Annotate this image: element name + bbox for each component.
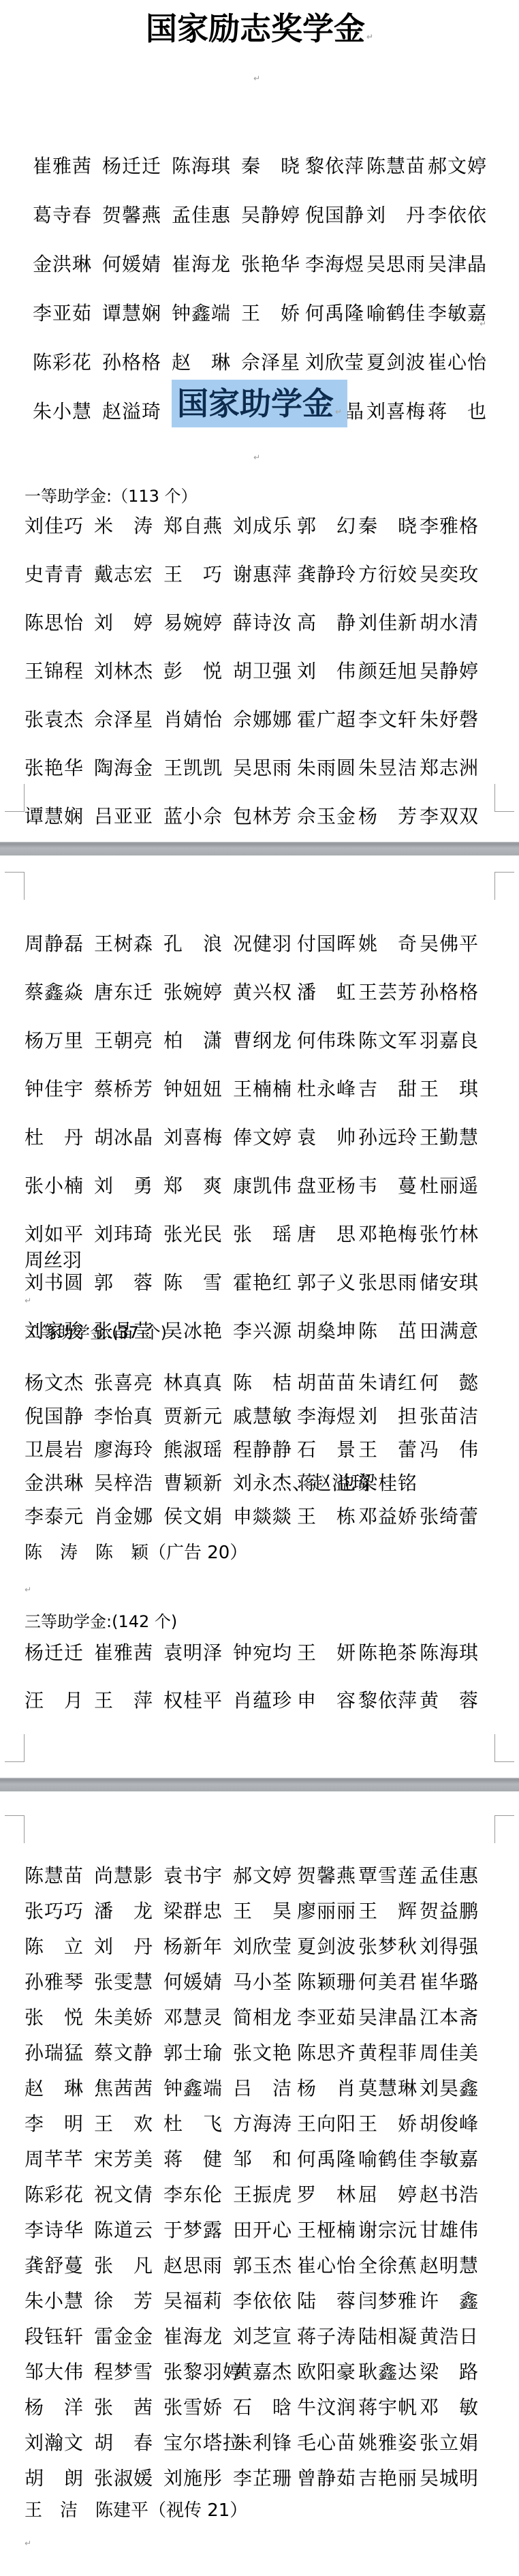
name-cell: 王朝亮 (94, 1027, 153, 1055)
name-cell: 林真真 (163, 1369, 223, 1397)
name-cell: 马小荃 (233, 1969, 292, 1996)
heading-text: 二等助学金:(37 个) (25, 1323, 167, 1342)
name-cell: 喻鹤佳 (358, 2146, 418, 2173)
name-cell: 葛寺春 (33, 202, 92, 229)
name-row: 朱小慧徐 芳吴福莉李依依陆 蓉闫梦雅许 鑫 (25, 2288, 501, 2315)
name-cell: 陈慧苗 (25, 1862, 84, 1890)
name-cell: 莫慧琳 (358, 2075, 418, 2102)
name-cell: 霍艳红 (233, 1269, 292, 1297)
name-cell: 刘欣莹 (305, 349, 364, 376)
name-cell: 贺馨燕 (102, 202, 161, 229)
name-cell: 郑 爽 (163, 1172, 223, 1200)
name-cell: 吉艳丽 (358, 2465, 418, 2492)
name-cell: 卫晨岩 (25, 1436, 84, 1464)
name-row: 李泰元肖金娜侯文娟申燚燚王 栋邓益娇张绮蕾 (25, 1503, 501, 1530)
name-cell: 刘 伟 (297, 658, 356, 685)
name-cell: 蒋子涛 (297, 2323, 356, 2350)
name-cell: 吴福莉 (163, 2288, 223, 2315)
name-cell: 耿鑫达 (358, 2359, 418, 2386)
name-cell: 蔡文静 (94, 2040, 153, 2067)
name-cell: 郑自燕 (163, 513, 223, 540)
name-cell: 张婉婷 (163, 979, 223, 1006)
name-cell: 何媛婧 (102, 251, 161, 278)
name-cell: 覃雪莲 (358, 1862, 418, 1890)
name-cell: 刘玮琦 (94, 1221, 153, 1248)
name-cell: 程静静 (233, 1436, 292, 1464)
name-row: 陈思怡刘 婷易婉婷薛诗汝高 静刘佳新胡水清 (25, 609, 501, 637)
name-cell: 曹纲龙 (233, 1027, 292, 1055)
name-cell: 秦 晓 (241, 153, 300, 180)
name-row: 杨 洋张 茜张雪娇石 晗牛汶润蒋宇帆邓 敏 (25, 2394, 501, 2421)
name-cell: 颜廷旭 (358, 658, 418, 685)
name-cell: 储安琪 (420, 1269, 479, 1297)
name-cell: 李文轩 (358, 706, 418, 733)
name-row: 陈彩花孙格格赵 琳佘泽星刘欣莹夏剑波崔心怡 (33, 349, 509, 376)
name-cell: 黄程菲 (358, 2040, 418, 2067)
name-cell: 何媛婧 (163, 1969, 223, 1996)
page-break (0, 843, 519, 855)
name-cell: 姚雅姿 (358, 2429, 418, 2457)
name-cell: 吉 甜 (358, 1076, 418, 1103)
name-cell: 赵 琳 (25, 2075, 84, 2102)
name-cell: 张绮蕾 (420, 1503, 479, 1530)
name-cell: 佘泽星 (94, 706, 153, 733)
name-row: 倪国静李怡真贾新元戚慧敏李海煜刘 担张苗洁 (25, 1403, 501, 1430)
name-cell: 崔心怡 (297, 2252, 356, 2279)
name-cell: 何伟珠 (297, 1027, 356, 1055)
name-cell: 李诗华 (25, 2217, 84, 2244)
heading-text: 三等助学金:(142 个) (25, 1612, 177, 1631)
section-title-encouragement: 国家励志奖学金↵ (0, 4, 519, 49)
name-row: 刘书圆郭 蓉陈 雪霍艳红郭子义张思雨储安琪 (25, 1269, 501, 1297)
name-cell: 廖丽丽 (297, 1898, 356, 1925)
name-row: 杨文杰张喜亮林真真陈 桔胡苗苗朱请红何 懿 (25, 1369, 501, 1397)
name-cell: 王凯凯 (163, 755, 223, 782)
name-cell: 贺益鹏 (420, 1898, 479, 1925)
name-cell: 李亚茹 (297, 2004, 356, 2031)
name-cell: 王 萍 (94, 1687, 153, 1714)
name-cell: 崔雅茜 (94, 1639, 153, 1667)
name-cell: 杨文杰 (25, 1369, 84, 1397)
name-cell: 邹 和 (233, 2146, 292, 2173)
name-cell: 毛心苗 (297, 2429, 356, 2457)
name-cell: 侯文娟 (163, 1503, 223, 1530)
name-cell: 刘 丹 (94, 1933, 153, 1960)
name-cell: 盘亚杨 (297, 1172, 356, 1200)
name-cell: 谭慧娴 (25, 803, 84, 830)
name-cell: 王 蕾 (358, 1436, 418, 1464)
name-cell: 尚慧影 (94, 1862, 153, 1890)
name-cell: 黎依萍 (305, 153, 364, 180)
name-row: 龚舒蔓张 凡赵思雨郭玉杰崔心怡全徐蕉赵明慧 (25, 2252, 501, 2279)
name-cell: 王 妍 (297, 1639, 356, 1667)
name-cell: 王芸芳 (358, 979, 418, 1006)
name-cell: 吴静婷 (420, 658, 479, 685)
name-cell: 吴佛平 (420, 930, 479, 958)
name-cell: 钟宛均 (233, 1639, 292, 1667)
name-cell: 朱美娇 (94, 2004, 153, 2031)
name-cell: 张小楠 (25, 1172, 84, 1200)
name-cell: 梁桂铭 (358, 1470, 418, 1497)
name-cell: 龚舒蔓 (25, 2252, 84, 2279)
name-cell: 戚慧敏 (233, 1403, 292, 1430)
name-text: 王 洁 陈建平（视传 21） (25, 2500, 247, 2521)
name-cell: 王 欢 (94, 2110, 153, 2138)
name-row: 谭慧娴吕亚亚蓝小佘包林芳佘玉金杨 芳李双双 (25, 803, 501, 830)
second-class-last-line: 陈 涛 陈 颖（广告 20） (25, 1539, 247, 1564)
name-cell: 贾新元 (163, 1403, 223, 1430)
name-cell: 王树森 (94, 930, 153, 958)
name-cell: 朱请红 (358, 1369, 418, 1397)
name-cell: 陈 茁 (358, 1318, 418, 1345)
name-cell: 焦茜茜 (94, 2075, 153, 2102)
name-cell: 邓益娇 (358, 1503, 418, 1530)
name-cell: 王锦程 (25, 658, 84, 685)
name-cell: 李依依 (233, 2288, 292, 2315)
paragraph-mark: ↵ (366, 32, 373, 42)
name-cell: 柏 潇 (163, 1027, 223, 1055)
name-cell: 刘佳巧 (25, 513, 84, 540)
section-title-grant: 国家助学金↵ (0, 379, 519, 424)
name-cell: 郝文婷 (233, 1862, 292, 1890)
page-3: 陈慧苗尚慧影袁书宇郝文婷贺馨燕覃雪莲孟佳惠张巧巧潘 龙梁群忠王 昊廖丽丽王 辉贺… (0, 1791, 519, 2576)
name-cell: 黎依萍 (358, 1687, 418, 1714)
name-cell: 唐 思 (297, 1221, 356, 1248)
name-cell: 杨 肖 (297, 2075, 356, 2102)
name-cell: 王 栋 (297, 1503, 356, 1530)
name-cell: 杨 洋 (25, 2394, 84, 2421)
name-cell: 崔海龙 (172, 251, 231, 278)
name-cell: 李泰元 (25, 1503, 84, 1530)
name-row: 李亚茹谭慧娴钟鑫端王 娇何禹隆喻鹤佳李敏嘉 (33, 300, 509, 327)
name-row: 张袁杰佘泽星肖婧怡佘娜娜霍广超李文轩朱妤磬 (25, 706, 501, 733)
name-text: 周丝羽 (25, 1249, 82, 1271)
name-cell: 孙远玲 (358, 1124, 418, 1151)
name-cell: 张梦秋 (358, 1933, 418, 1960)
name-cell: 李东伦 (163, 2181, 223, 2209)
name-cell: 王 辉 (358, 1898, 418, 1925)
name-cell: 胡水清 (420, 609, 479, 637)
name-cell: 钟鑫端 (163, 2075, 223, 2102)
name-cell: 陈彩花 (33, 349, 92, 376)
name-cell: 谭慧娴 (102, 300, 161, 327)
name-cell: 田开心 (233, 2217, 292, 2244)
name-cell: 李敏嘉 (428, 300, 487, 327)
name-cell: 石 景 (297, 1436, 356, 1464)
name-cell: 谢宗沅 (358, 2217, 418, 2244)
name-cell: 佘泽星 (241, 349, 300, 376)
name-cell: 胡冰晶 (94, 1124, 153, 1151)
name-cell: 李怡真 (94, 1403, 153, 1430)
name-cell: 程梦雪 (94, 2359, 153, 2386)
name-cell: 陈海琪 (172, 153, 231, 180)
name-cell: 何禹隆 (297, 2146, 356, 2173)
name-text: 陈 涛 陈 颖（广告 20） (25, 1543, 247, 1563)
name-cell: 朱昱洁 (358, 755, 418, 782)
paragraph-mark: ↵ (253, 453, 260, 462)
name-cell: 倪国静 (305, 202, 364, 229)
name-cell: 孔 浪 (163, 930, 223, 958)
page-1: 国家励志奖学金↵ ↵ 崔雅茜杨迁迁陈海琪秦 晓黎依萍陈慧苗郝文婷葛寺春贺馨燕孟佳… (0, 0, 519, 842)
name-cell: 吕 洁 (233, 2075, 292, 2102)
name-cell: 霍广超 (297, 706, 356, 733)
name-cell: 郭 蓉 (94, 1269, 153, 1297)
name-row: 孙雅琴张雯慧何媛婧马小荃陈颖珊何美君崔华璐 (25, 1969, 501, 1996)
name-row: 张 悦朱美娇邓慧灵简相龙李亚茹吴津晶江本斋 (25, 2004, 501, 2031)
heading-text: 一等助学金:（113 个） (25, 487, 198, 506)
name-cell: 黄浩日 (420, 2323, 479, 2350)
name-cell: 刘成乐 (233, 513, 292, 540)
name-cell: 杜永峰 (297, 1076, 356, 1103)
name-cell: 张思雨 (358, 1269, 418, 1297)
name-cell: 陶海金 (94, 755, 153, 782)
name-cell: 崔海龙 (163, 2323, 223, 2350)
name-cell: 王 昊 (233, 1898, 292, 1925)
name-cell: 张巧巧 (25, 1898, 84, 1925)
margin-corner (5, 1734, 25, 1762)
margin-corner (5, 872, 25, 900)
paragraph-mark: ↵ (25, 2539, 31, 2548)
name-cell: 肖婧怡 (163, 706, 223, 733)
name-cell: 曾静茹 (297, 2465, 356, 2492)
name-cell: 崔雅茜 (33, 153, 92, 180)
name-cell: 石 晗 (233, 2394, 292, 2421)
name-cell: 何美君 (358, 1969, 418, 1996)
name-cell: 张文艳 (233, 2040, 292, 2067)
name-cell: 张袁杰 (25, 706, 84, 733)
name-cell: 陈慧苗 (366, 153, 426, 180)
title-text: 国家助学金 (177, 385, 334, 422)
margin-corner (5, 784, 25, 812)
name-cell: 陈海琪 (420, 1639, 479, 1667)
margin-corner (494, 784, 514, 812)
name-cell: 史青青 (25, 561, 84, 588)
name-cell: 刘 婷 (94, 609, 153, 637)
name-cell: 李芷珊 (233, 2465, 292, 2492)
name-cell: 刘佳新 (358, 609, 418, 637)
name-cell: 钟佳宇 (25, 1076, 84, 1103)
name-cell: 郝文婷 (428, 153, 487, 180)
name-row: 杨迁迁崔雅茜袁明泽钟宛均王 妍陈艳茶陈海琪 (25, 1639, 501, 1667)
name-cell: 李雅格 (420, 513, 479, 540)
name-cell: 吴静婷 (241, 202, 300, 229)
name-cell: 胡卫强 (233, 658, 292, 685)
name-cell: 张雪娇 (163, 2394, 223, 2421)
paragraph-mark: ↵ (479, 354, 486, 364)
name-cell: 田满意 (420, 1318, 479, 1345)
name-row: 钟佳宇蔡桥芳钟妞妞王楠楠杜永峰吉 甜王 琪 (25, 1076, 501, 1103)
name-cell: 胡 春 (94, 2429, 153, 2457)
name-cell: 蒋 健 (163, 2146, 223, 2173)
name-cell: 王向阳 (297, 2110, 356, 2138)
name-cell: 吕亚亚 (94, 803, 153, 830)
margin-corner (494, 872, 514, 900)
name-cell: 谢惠萍 (233, 561, 292, 588)
name-cell: 肖金娜 (94, 1503, 153, 1530)
name-cell: 赵书浩 (420, 2181, 479, 2209)
name-cell: 况健羽 (233, 930, 292, 958)
name-cell: 袁 帅 (297, 1124, 356, 1151)
name-row: 周静磊王树森孔 浪况健羽付国晖姚 奇吴佛平 (25, 930, 501, 958)
name-cell: 袁明泽 (163, 1639, 223, 1667)
name-cell: 张喜亮 (94, 1369, 153, 1397)
name-cell: 张雯慧 (94, 1969, 153, 1996)
name-row: 胡 朗张淑媛刘施彤李芷珊曾静茹吉艳丽吴城明 (25, 2465, 501, 2492)
name-cell: 陈彩花 (25, 2181, 84, 2209)
name-cell: 赵明慧 (420, 2252, 479, 2279)
name-cell: 秦 晓 (358, 513, 418, 540)
paragraph-mark: ↵ (479, 319, 486, 329)
name-cell: 陈思怡 (25, 609, 84, 637)
name-cell: 王楠楠 (233, 1076, 292, 1103)
name-row: 邹大伟程梦雪张黎羽婷黄嘉杰欧阳豪耿鑫达梁 路 (25, 2359, 501, 2386)
name-row: 赵 琳焦茜茜钟鑫端吕 洁杨 肖莫慧琳刘昊鑫 (25, 2075, 501, 2102)
name-cell: 刘施彤 (163, 2465, 223, 2492)
name-cell: 刘 丹 (366, 202, 426, 229)
name-cell: 张黎羽婷 (163, 2359, 242, 2386)
name-cell: 吴冰艳 (163, 1318, 223, 1345)
name-cell: 张淑媛 (94, 2465, 153, 2492)
name-cell: 孟佳惠 (420, 1862, 479, 1890)
margin-corner (494, 1815, 514, 1843)
name-cell: 蔡鑫焱 (25, 979, 84, 1006)
name-cell: 郭玉杰 (233, 2252, 292, 2279)
name-cell: 熊淑瑶 (163, 1436, 223, 1464)
name-cell: 申燚燚 (233, 1503, 292, 1530)
name-row: 张艳华陶海金王凯凯吴思雨朱雨圆朱昱洁郑志洲 (25, 755, 501, 782)
name-cell: 李兴源 (233, 1318, 292, 1345)
name-cell: 杨迁迁 (25, 1639, 84, 1667)
paragraph-mark: ↵ (25, 1585, 31, 1594)
name-cell: 吴津晶 (358, 2004, 418, 2031)
name-cell: 陈文军 (358, 1027, 418, 1055)
name-cell: 朱妤磬 (420, 706, 479, 733)
name-cell: 刘 勇 (94, 1172, 153, 1200)
name-cell: 权桂平 (163, 1687, 223, 1714)
name-row: 史青青戴志宏王 巧谢惠萍龚静玲方衍姣吴奕玫 (25, 561, 501, 588)
name-cell: 刘喜梅 (163, 1124, 223, 1151)
name-cell: 俸文婷 (233, 1124, 292, 1151)
name-cell: 孙瑞猛 (25, 2040, 84, 2067)
name-cell: 王 娇 (358, 2110, 418, 2138)
name-cell: 刘如平 (25, 1221, 84, 1248)
name-cell: 曹颖新 (163, 1470, 223, 1497)
name-cell: 吴梓浩 (94, 1470, 153, 1497)
name-cell: 方衍姣 (358, 561, 418, 588)
name-cell: 汪 月 (25, 1687, 84, 1714)
name-cell: 钟鑫端 (172, 300, 231, 327)
name-row: 周芊芊宋芳美蒋 健邹 和何禹隆喻鹤佳李敏嘉 (25, 2146, 501, 2173)
name-cell: 梁 路 (420, 2359, 479, 2386)
name-cell: 张 悦 (25, 2004, 84, 2031)
name-cell: 屈 婷 (358, 2181, 418, 2209)
name-cell: 孙格格 (102, 349, 161, 376)
name-cell: 韦 蔓 (358, 1172, 418, 1200)
name-cell: 包林芳 (233, 803, 292, 830)
name-row: 张巧巧潘 龙梁群忠王 昊廖丽丽王 辉贺益鹏 (25, 1898, 501, 1925)
name-cell: 罗 林 (297, 2181, 356, 2209)
name-cell: 廖海玲 (94, 1436, 153, 1464)
name-cell: 郭 幻 (297, 513, 356, 540)
name-cell: 吴津晶 (428, 251, 487, 278)
name-cell: 姚 奇 (358, 930, 418, 958)
name-cell: 戴志宏 (94, 561, 153, 588)
name-row: 段钰轩雷金金崔海龙刘芝宣蒋子涛陆相凝黄浩日 (25, 2323, 501, 2350)
name-cell: 张光民 (163, 1221, 223, 1248)
name-cell: 杜 飞 (163, 2110, 223, 2138)
name-cell: 周静磊 (25, 930, 84, 958)
name-cell: 孟佳惠 (172, 202, 231, 229)
name-cell: 李海煜 (305, 251, 364, 278)
name-cell: 吴思雨 (366, 251, 426, 278)
page-break (0, 1779, 519, 1791)
name-cell: 康凯伟 (233, 1172, 292, 1200)
name-cell: 朱雨圆 (297, 755, 356, 782)
name-cell: 朱小慧 (25, 2288, 84, 2315)
name-cell: 王 娇 (241, 300, 300, 327)
name-cell: 蓝小佘 (163, 803, 223, 830)
name-cell: 李 明 (25, 2110, 84, 2138)
name-cell: 张 茜 (94, 2394, 153, 2421)
name-cell: 倪国静 (25, 1403, 84, 1430)
name-cell: 崔华璐 (420, 1969, 479, 1996)
name-cell: 彭 悦 (163, 658, 223, 685)
margin-corner (5, 1815, 25, 1843)
name-cell: 佘娜娜 (233, 706, 292, 733)
name-cell: 郭士瑜 (163, 2040, 223, 2067)
name-cell: 刘昊鑫 (420, 2075, 479, 2102)
name-cell: 刘芝宣 (233, 2323, 292, 2350)
name-cell: 胡俊峰 (420, 2110, 479, 2138)
name-cell: 金洪琳 (33, 251, 92, 278)
name-cell: 高 静 (297, 609, 356, 637)
name-cell: 张艳华 (25, 755, 84, 782)
name-cell: 李双双 (420, 803, 479, 830)
name-cell: 邓慧灵 (163, 2004, 223, 2031)
name-cell: 郑志洲 (420, 755, 479, 782)
name-cell: 徐 芳 (94, 2288, 153, 2315)
name-cell: 肖蕴珍 (233, 1687, 292, 1714)
name-cell: 张苗洁 (420, 1403, 479, 1430)
name-cell: 黄兴权 (233, 979, 292, 1006)
name-cell: 赵 琳 (172, 349, 231, 376)
name-cell: 杜丽遥 (420, 1172, 479, 1200)
name-cell: 吴城明 (420, 2465, 479, 2492)
name-cell: 牛汶润 (297, 2394, 356, 2421)
name-cell: 夏剑波 (366, 349, 426, 376)
name-cell: 刘 担 (358, 1403, 418, 1430)
name-cell: 米 涛 (94, 513, 153, 540)
name-cell: 李亚茹 (33, 300, 92, 327)
name-row: 陈 立刘 丹杨新年刘欣莹夏剑波张梦秋刘得强 (25, 1933, 501, 1960)
name-cell: 宋芳美 (94, 2146, 153, 2173)
name-cell: 张艳华 (241, 251, 300, 278)
name-cell: 王 琪 (420, 1076, 479, 1103)
paragraph-mark: ↵ (25, 1296, 31, 1305)
first-class-last-line: 周丝羽 (25, 1245, 82, 1273)
name-cell: 朱利锋 (233, 2429, 292, 2457)
name-cell: 杨迁迁 (102, 153, 161, 180)
name-cell: 金洪琳 (25, 1470, 84, 1497)
name-row: 金洪琳吴梓浩曹颖新刘永杰、赵溢琦蒋 也梁桂铭 (25, 1470, 501, 1497)
name-cell: 刘得强 (420, 1933, 479, 1960)
name-cell: 张 瑶 (233, 1221, 292, 1248)
name-row: 卫晨岩廖海玲熊淑瑶程静静石 景王 蕾冯 伟 (25, 1436, 501, 1464)
name-cell: 刘瀚文 (25, 2429, 84, 2457)
name-cell: 薛诗汝 (233, 609, 292, 637)
name-cell: 何禹隆 (305, 300, 364, 327)
name-cell: 冯 伟 (420, 1436, 479, 1464)
